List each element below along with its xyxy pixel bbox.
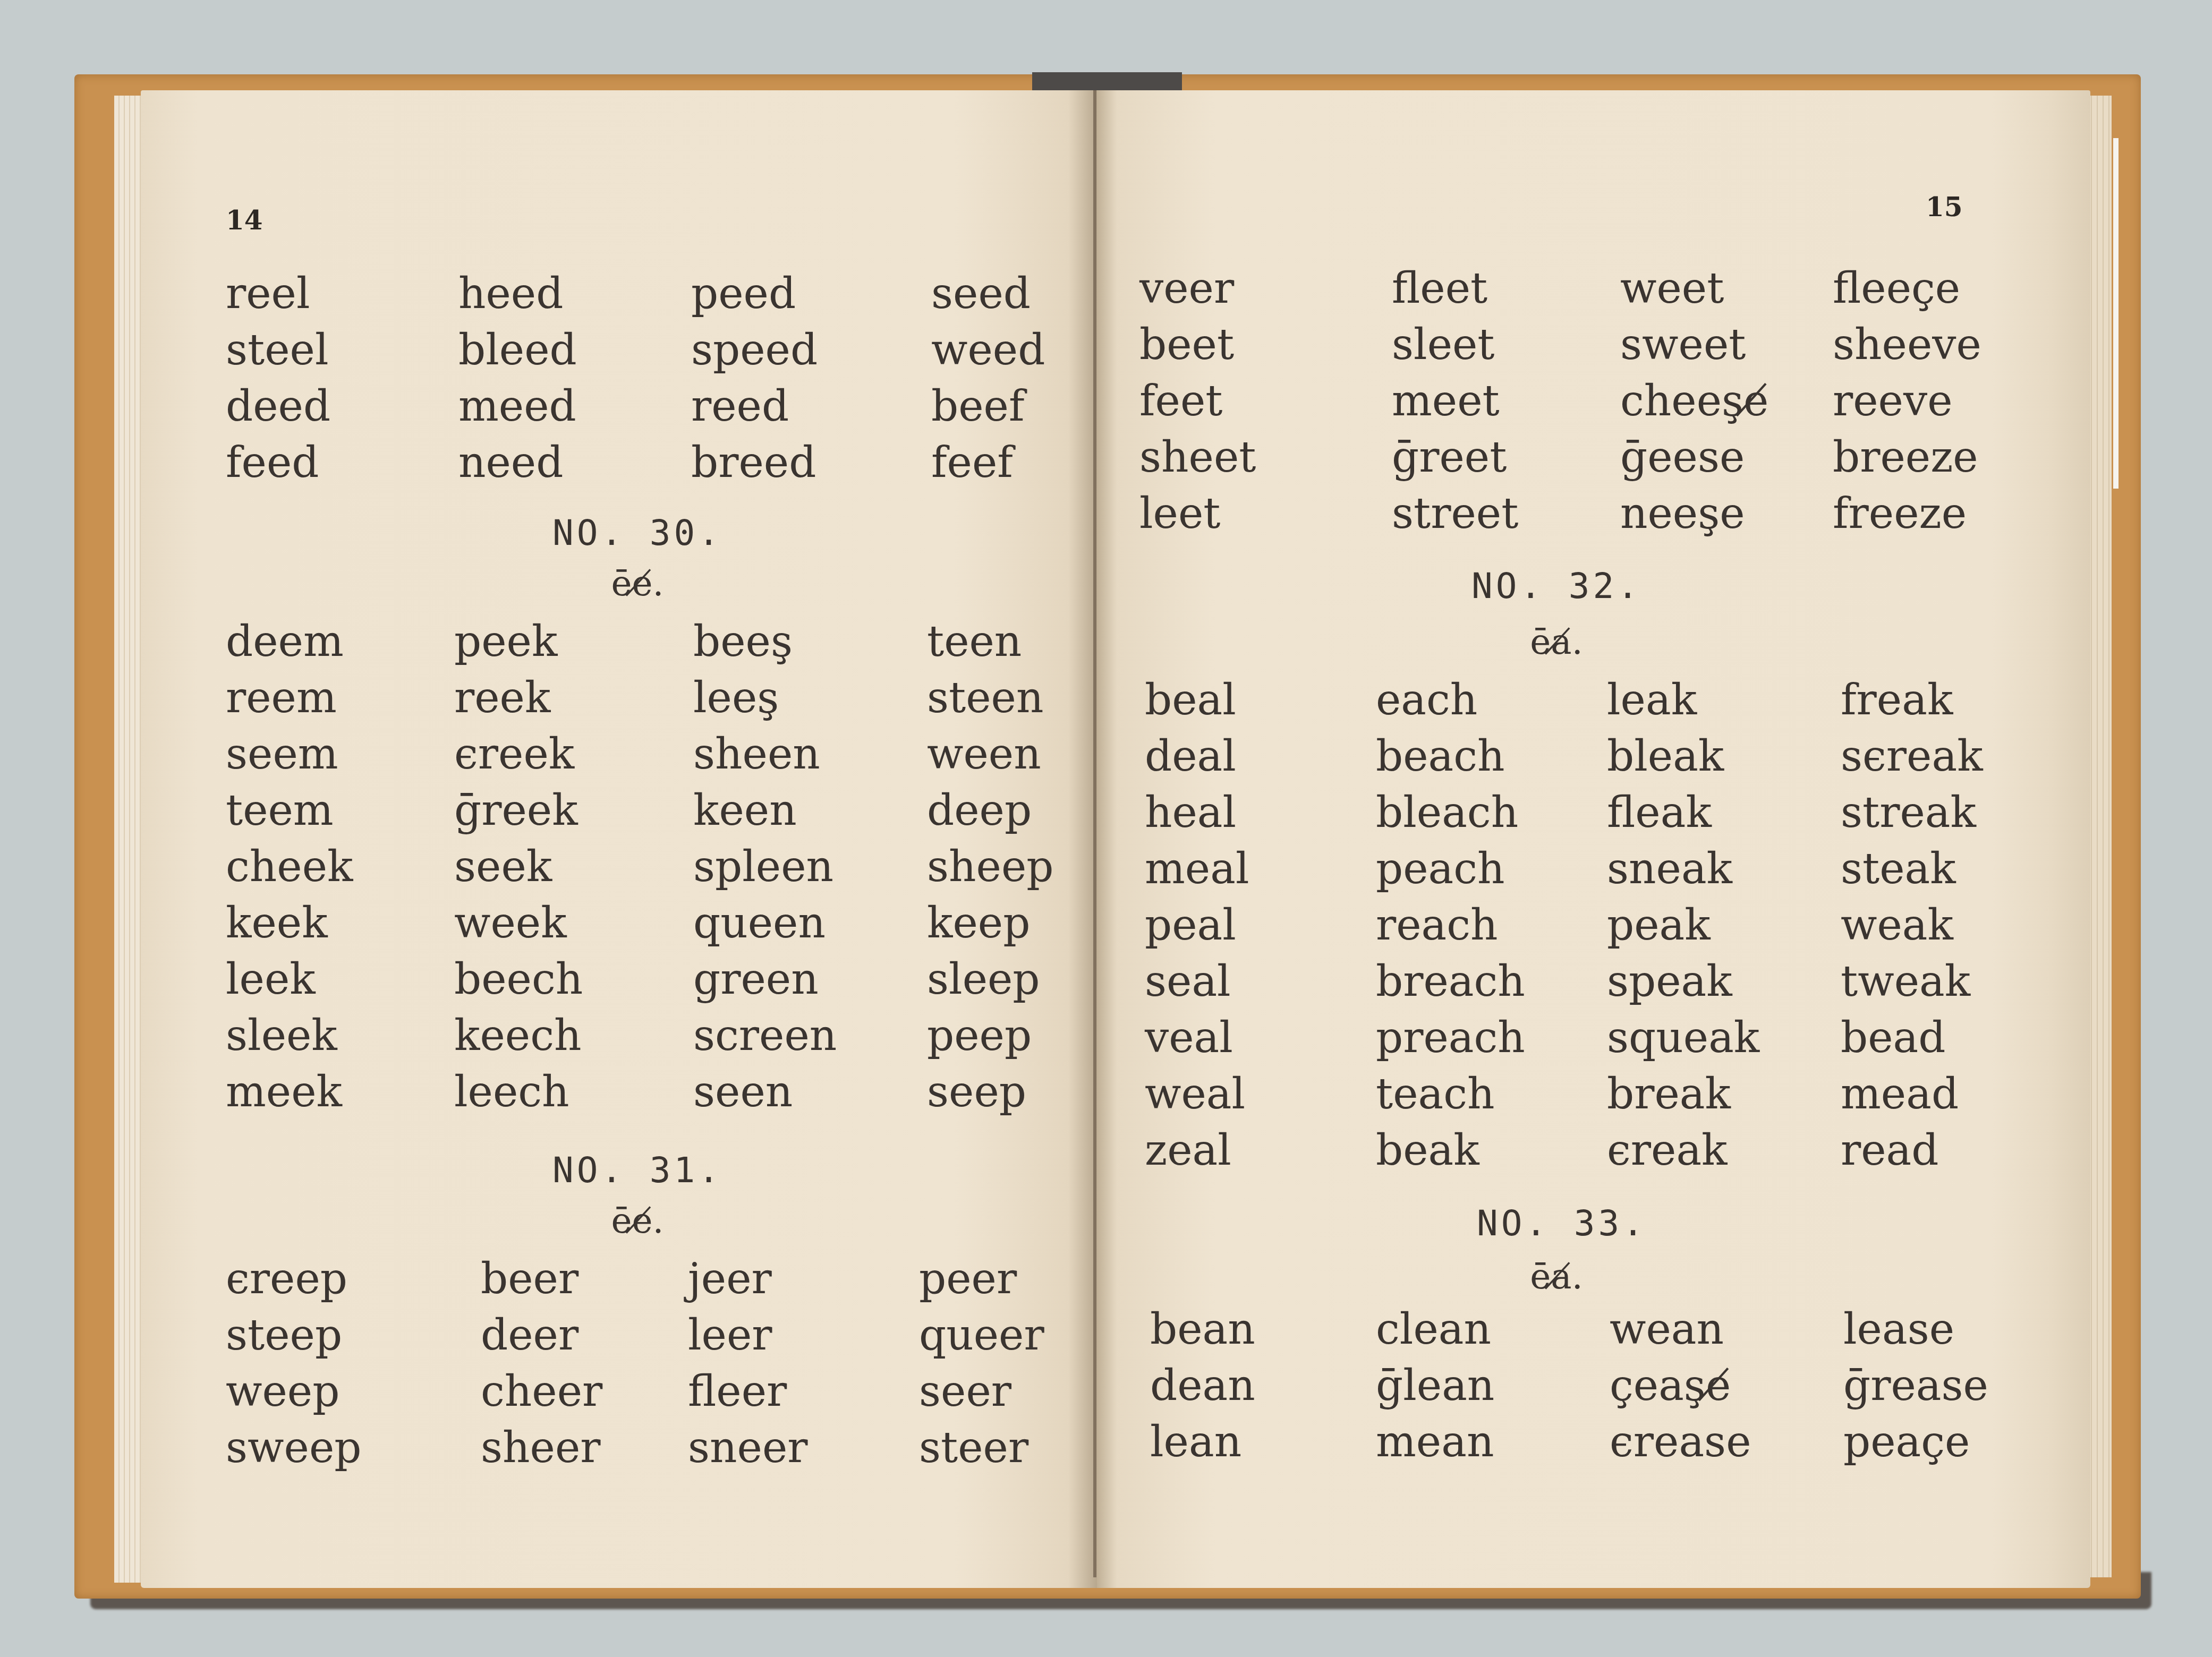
word-row: steep deer leer queer xyxy=(226,1307,1044,1363)
word-row: keek week queen keep xyxy=(226,895,1053,951)
word: lean xyxy=(1150,1414,1376,1470)
word: weak xyxy=(1841,897,1953,953)
word: veal xyxy=(1145,1010,1376,1066)
word: bleak xyxy=(1607,728,1841,784)
word: ḡrease xyxy=(1843,1357,1988,1414)
word: deem xyxy=(226,613,454,670)
word: peep xyxy=(927,1007,1032,1064)
word: wean xyxy=(1610,1301,1843,1357)
word: deed xyxy=(226,378,458,434)
word-row: peal reach peak weak xyxy=(1145,897,1983,953)
word-row: sleek keech screen peep xyxy=(226,1007,1053,1064)
section-subheading: ēa̸. xyxy=(1477,621,1636,662)
word: bleed xyxy=(458,322,691,378)
word-list-block: veer fleet weet fleeçe beet sleet sweet … xyxy=(1139,260,1981,542)
word: sheet xyxy=(1139,429,1392,485)
word-row: seal breach speak tweak xyxy=(1145,953,1983,1010)
word-row: sheet ḡreet ḡeese breeze xyxy=(1139,429,1981,485)
word: sheen xyxy=(693,726,927,782)
word: seep xyxy=(927,1064,1026,1120)
word: sleek xyxy=(226,1007,454,1064)
word: sheep xyxy=(927,839,1053,895)
word-row: heal bleach fleak streak xyxy=(1145,784,1983,841)
word-row: weep cheer fleer seer xyxy=(226,1363,1044,1420)
book-gutter xyxy=(1093,90,1096,1577)
word: feed xyxy=(226,434,458,491)
word: leeş xyxy=(693,670,927,726)
word: screen xyxy=(693,1007,927,1064)
word: heal xyxy=(1145,784,1376,841)
word: sleet xyxy=(1392,317,1620,373)
word: sheeve xyxy=(1833,317,1981,373)
word: ϵreep xyxy=(226,1251,481,1307)
word: reem xyxy=(226,670,454,726)
section-subheading: ēe̸. xyxy=(558,563,717,604)
word: deep xyxy=(927,782,1032,839)
bookmark-strip xyxy=(2113,138,2119,489)
section-heading: NO. 30. xyxy=(478,513,797,553)
page-edges-left xyxy=(114,96,143,1583)
section-subheading: ēe̸. xyxy=(558,1200,717,1241)
word-row: lean mean ϵrease peaçe xyxy=(1150,1414,1988,1470)
word: queen xyxy=(693,895,927,951)
word: dean xyxy=(1150,1357,1376,1414)
word: ϵreek xyxy=(454,726,693,782)
word: sϵreak xyxy=(1841,728,1983,784)
word: break xyxy=(1607,1066,1841,1122)
word-row: steel bleed speed weed xyxy=(226,322,1045,378)
word: speed xyxy=(691,322,931,378)
word-list-block: deem peek beeş teen reem reek leeş steen… xyxy=(226,613,1053,1120)
word: street xyxy=(1392,485,1620,542)
word: ween xyxy=(927,726,1041,782)
word-row: deal beach bleak sϵreak xyxy=(1145,728,1983,784)
word: lease xyxy=(1843,1301,1954,1357)
page-number-left: 14 xyxy=(226,204,263,236)
word-row: beal each leak freak xyxy=(1145,672,1983,728)
word: ϵreak xyxy=(1607,1122,1841,1178)
word-list-block: ϵreep beer jeer peer steep deer leer que… xyxy=(226,1251,1044,1476)
word: peek xyxy=(454,613,693,670)
word: clean xyxy=(1376,1301,1610,1357)
word: heed xyxy=(458,266,691,322)
word: breeze xyxy=(1833,429,1978,485)
word: peak xyxy=(1607,897,1841,953)
word: fleer xyxy=(688,1363,919,1420)
word: tweak xyxy=(1841,953,1970,1010)
word: ḡreek xyxy=(454,782,693,839)
word: breach xyxy=(1376,953,1607,1010)
word: sneak xyxy=(1607,841,1841,897)
word: sleep xyxy=(927,951,1040,1007)
word: ḡlean xyxy=(1376,1357,1610,1414)
word: keen xyxy=(693,782,927,839)
word: squeak xyxy=(1607,1010,1841,1066)
word-row: reem reek leeş steen xyxy=(226,670,1053,726)
word-list-block: beal each leak freak deal beach bleak sϵ… xyxy=(1145,672,1983,1178)
word: need xyxy=(458,434,691,491)
word: preach xyxy=(1376,1010,1607,1066)
word-list-block: bean clean wean lease dean ḡlean çeaşe̸ … xyxy=(1150,1301,1988,1470)
word-row: weal teach break mead xyxy=(1145,1066,1983,1122)
word: neeşe xyxy=(1620,485,1833,542)
word: beal xyxy=(1145,672,1376,728)
word: fleet xyxy=(1392,260,1620,317)
word-row: feed need breed feef xyxy=(226,434,1045,491)
word: sweet xyxy=(1620,317,1833,373)
word: seed xyxy=(931,266,1031,322)
word: feef xyxy=(931,434,1013,491)
word: bean xyxy=(1150,1301,1376,1357)
word-row: ϵreep beer jeer peer xyxy=(226,1251,1044,1307)
word: beach xyxy=(1376,728,1607,784)
word: çeaşe̸ xyxy=(1610,1357,1843,1414)
word-row: feet meet cheeşe̸ reeve xyxy=(1139,373,1981,429)
word: steak xyxy=(1841,841,1956,897)
word: weal xyxy=(1145,1066,1376,1122)
word: fleak xyxy=(1607,784,1841,841)
word: ḡeese xyxy=(1620,429,1833,485)
word: meek xyxy=(226,1064,454,1120)
word: read xyxy=(1841,1122,1939,1178)
word: steer xyxy=(919,1420,1028,1476)
section-heading: NO. 33. xyxy=(1402,1203,1721,1244)
word-row: zeal beak ϵreak read xyxy=(1145,1122,1983,1178)
word-row: dean ḡlean çeaşe̸ ḡrease xyxy=(1150,1357,1988,1414)
word: mead xyxy=(1841,1066,1959,1122)
word-row: leek beech green sleep xyxy=(226,951,1053,1007)
word: deal xyxy=(1145,728,1376,784)
word-row: deed meed reed beef xyxy=(226,378,1045,434)
word: beeş xyxy=(693,613,927,670)
word: beak xyxy=(1376,1122,1607,1178)
word-row: reel heed peed seed xyxy=(226,266,1045,322)
word: reach xyxy=(1376,897,1607,953)
word: keech xyxy=(454,1007,693,1064)
word: zeal xyxy=(1145,1122,1376,1178)
word: fleeçe xyxy=(1833,260,1960,317)
word-row: beet sleet sweet sheeve xyxy=(1139,317,1981,373)
word-row: meek leech seen seep xyxy=(226,1064,1053,1120)
word: green xyxy=(693,951,927,1007)
word: cheeşe̸ xyxy=(1620,373,1833,429)
word: week xyxy=(454,895,693,951)
word: bleach xyxy=(1376,784,1607,841)
word-row: cheek seek spleen sheep xyxy=(226,839,1053,895)
word: beef xyxy=(931,378,1025,434)
word: leech xyxy=(454,1064,693,1120)
word: peal xyxy=(1145,897,1376,953)
word: keep xyxy=(927,895,1030,951)
word: teem xyxy=(226,782,454,839)
word: breed xyxy=(691,434,931,491)
word: teen xyxy=(927,613,1022,670)
word-list-block: reel heed peed seed steel bleed speed we… xyxy=(226,266,1045,491)
word: keek xyxy=(226,895,454,951)
word: seer xyxy=(919,1363,1011,1420)
word: ϵrease xyxy=(1610,1414,1843,1470)
word: streak xyxy=(1841,784,1976,841)
word: cheer xyxy=(481,1363,688,1420)
word: steen xyxy=(927,670,1043,726)
word: reeve xyxy=(1833,373,1952,429)
word: leek xyxy=(226,951,454,1007)
word: meet xyxy=(1392,373,1620,429)
word: beet xyxy=(1139,317,1392,373)
word: teach xyxy=(1376,1066,1607,1122)
word: steep xyxy=(226,1307,481,1363)
word: sheer xyxy=(481,1420,688,1476)
word: reed xyxy=(691,378,931,434)
word: weep xyxy=(226,1363,481,1420)
word: weed xyxy=(931,322,1045,378)
word: beech xyxy=(454,951,693,1007)
word-row: bean clean wean lease xyxy=(1150,1301,1988,1357)
word-row: seem ϵreek sheen ween xyxy=(226,726,1053,782)
word: sweep xyxy=(226,1420,481,1476)
section-subheading: ēa̸. xyxy=(1477,1256,1636,1297)
word: speak xyxy=(1607,953,1841,1010)
word: peer xyxy=(919,1251,1017,1307)
page-number-right: 15 xyxy=(1926,191,1963,223)
word: feet xyxy=(1139,373,1392,429)
word: reel xyxy=(226,266,458,322)
word-row: teem ḡreek keen deep xyxy=(226,782,1053,839)
word: jeer xyxy=(688,1251,919,1307)
word: seal xyxy=(1145,953,1376,1010)
word: veer xyxy=(1139,260,1392,317)
word: peach xyxy=(1376,841,1607,897)
word: leak xyxy=(1607,672,1841,728)
word: weet xyxy=(1620,260,1833,317)
word: each xyxy=(1376,672,1607,728)
word: leer xyxy=(688,1307,919,1363)
word: mean xyxy=(1376,1414,1610,1470)
word: deer xyxy=(481,1307,688,1363)
word: bead xyxy=(1841,1010,1945,1066)
word: spleen xyxy=(693,839,927,895)
word: freeze xyxy=(1833,485,1967,542)
word: ḡreet xyxy=(1392,429,1620,485)
word: meal xyxy=(1145,841,1376,897)
word-row: meal peach sneak steak xyxy=(1145,841,1983,897)
word-row: deem peek beeş teen xyxy=(226,613,1053,670)
section-heading: NO. 32. xyxy=(1397,566,1716,607)
word-row: leet street neeşe freeze xyxy=(1139,485,1981,542)
word: seek xyxy=(454,839,693,895)
word: leet xyxy=(1139,485,1392,542)
word: sneer xyxy=(688,1420,919,1476)
word: steel xyxy=(226,322,458,378)
word: peaçe xyxy=(1843,1414,1970,1470)
word: seem xyxy=(226,726,454,782)
word: peed xyxy=(691,266,931,322)
word: meed xyxy=(458,378,691,434)
word-row: veer fleet weet fleeçe xyxy=(1139,260,1981,317)
word: seen xyxy=(693,1064,927,1120)
word-row: sweep sheer sneer steer xyxy=(226,1420,1044,1476)
word-row: veal preach squeak bead xyxy=(1145,1010,1983,1066)
word: freak xyxy=(1841,672,1953,728)
section-heading: NO. 31. xyxy=(478,1150,797,1191)
word: cheek xyxy=(226,839,454,895)
word: reek xyxy=(454,670,693,726)
book-spine xyxy=(1032,72,1182,91)
word: beer xyxy=(481,1251,688,1307)
word: queer xyxy=(919,1307,1044,1363)
